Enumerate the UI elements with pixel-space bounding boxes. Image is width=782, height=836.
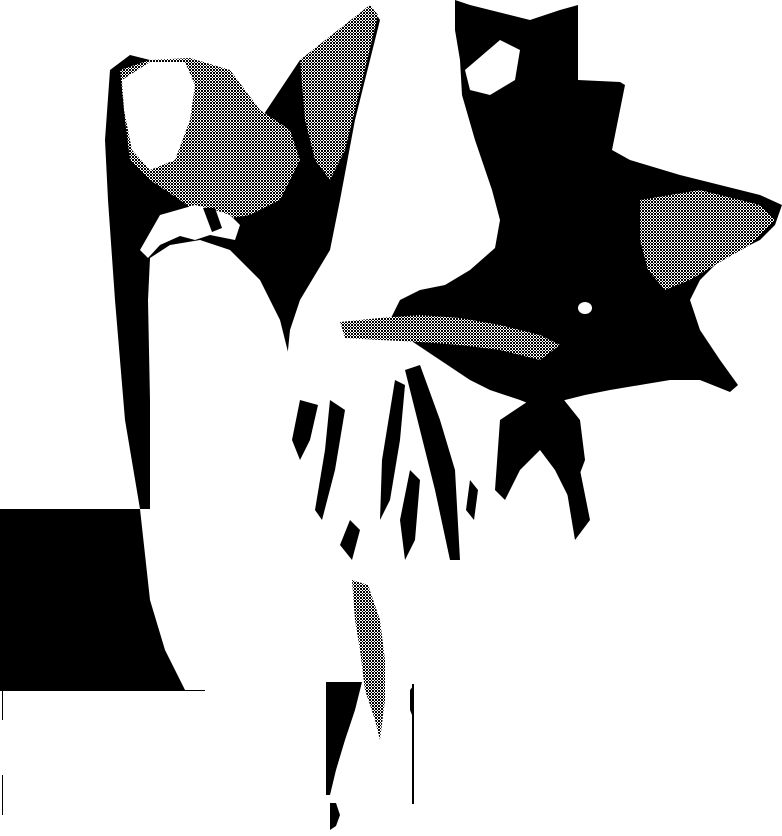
chair-highlight xyxy=(158,240,290,690)
dark-block-bottom xyxy=(326,682,362,795)
leg-shading xyxy=(352,580,385,740)
jacket-button xyxy=(578,302,592,314)
edge-tick xyxy=(2,775,3,815)
jacket-shading xyxy=(640,190,775,290)
photo xyxy=(0,0,782,836)
edge-tick xyxy=(2,690,3,720)
dark-block-bottom-foot xyxy=(330,803,340,830)
chair-leg-curve xyxy=(410,685,414,720)
